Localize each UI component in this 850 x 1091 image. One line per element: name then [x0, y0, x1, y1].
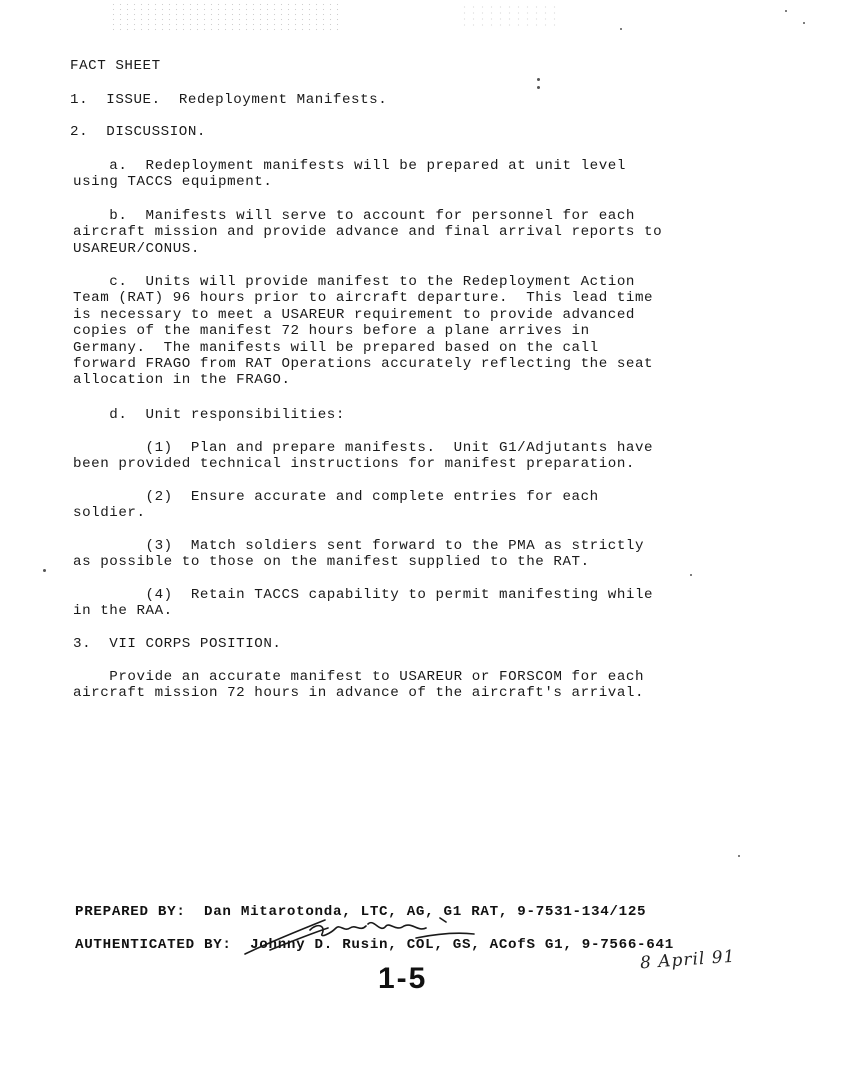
- scan-speck: [803, 22, 805, 24]
- text-line: Germany. The manifests will be prepared …: [73, 340, 653, 356]
- section-number: 3.: [73, 636, 91, 652]
- text-line: allocation in the FRAGO.: [73, 372, 653, 388]
- paragraph-2b: b. Manifests will serve to account for p…: [73, 208, 662, 257]
- section-heading: DISCUSSION.: [106, 124, 206, 140]
- section-text: Redeployment Manifests.: [179, 92, 387, 108]
- document-page: FACT SHEET 1. ISSUE. Redeployment Manife…: [0, 0, 850, 1091]
- subparagraph-2d-3: (3) Match soldiers sent forward to the P…: [73, 538, 644, 571]
- scan-speck: [738, 855, 740, 857]
- text-line: been provided technical instructions for…: [73, 456, 653, 472]
- paragraph-2a: a. Redeployment manifests will be prepar…: [73, 158, 626, 191]
- text-line: forward FRAGO from RAT Operations accura…: [73, 356, 653, 372]
- page-number: 1-5: [378, 962, 427, 996]
- text-line: a. Redeployment manifests will be prepar…: [73, 158, 626, 174]
- text-line: as possible to those on the manifest sup…: [73, 554, 644, 570]
- text-line: copies of the manifest 72 hours before a…: [73, 323, 653, 339]
- text-line: soldier.: [73, 505, 599, 521]
- section-number: 2.: [70, 124, 88, 140]
- section-number: 1.: [70, 92, 88, 108]
- text-line: (3) Match soldiers sent forward to the P…: [73, 538, 644, 554]
- section-heading: VII CORPS POSITION.: [109, 636, 281, 652]
- scan-speck: [43, 569, 46, 572]
- section-3-body: Provide an accurate manifest to USAREUR …: [73, 669, 644, 702]
- text-line: (2) Ensure accurate and complete entries…: [73, 489, 599, 505]
- scan-speck: [785, 10, 787, 12]
- handwritten-signature: [240, 912, 480, 960]
- text-line: b. Manifests will serve to account for p…: [73, 208, 662, 224]
- scan-noise: [460, 4, 560, 29]
- text-line: (4) Retain TACCS capability to permit ma…: [73, 587, 653, 603]
- scan-speck: [537, 78, 540, 81]
- text-line: Provide an accurate manifest to USAREUR …: [73, 669, 644, 685]
- text-line: using TACCS equipment.: [73, 174, 626, 190]
- text-line: Team (RAT) 96 hours prior to aircraft de…: [73, 290, 653, 306]
- section-heading: ISSUE.: [106, 92, 160, 108]
- subparagraph-2d-2: (2) Ensure accurate and complete entries…: [73, 489, 599, 522]
- text-line: aircraft mission and provide advance and…: [73, 224, 662, 240]
- scan-speck: [690, 574, 692, 576]
- text-line: is necessary to meet a USAREUR requireme…: [73, 307, 653, 323]
- paragraph-2d-heading: d. Unit responsibilities:: [73, 407, 345, 423]
- text-line: aircraft mission 72 hours in advance of …: [73, 685, 644, 701]
- scan-speck: [620, 28, 622, 30]
- text-line: (1) Plan and prepare manifests. Unit G1/…: [73, 440, 653, 456]
- paragraph-2c: c. Units will provide manifest to the Re…: [73, 274, 653, 389]
- text-line: c. Units will provide manifest to the Re…: [73, 274, 653, 290]
- scan-speck: [537, 86, 540, 89]
- section-2-heading: 2. DISCUSSION.: [70, 124, 206, 140]
- scan-noise: [110, 2, 340, 32]
- document-title: FACT SHEET: [70, 58, 161, 74]
- section-1: 1. ISSUE. Redeployment Manifests.: [70, 92, 387, 108]
- text-line: USAREUR/CONUS.: [73, 241, 662, 257]
- subparagraph-2d-1: (1) Plan and prepare manifests. Unit G1/…: [73, 440, 653, 473]
- section-3-heading: 3. VII CORPS POSITION.: [73, 636, 282, 652]
- subparagraph-2d-4: (4) Retain TACCS capability to permit ma…: [73, 587, 653, 620]
- text-line: in the RAA.: [73, 603, 653, 619]
